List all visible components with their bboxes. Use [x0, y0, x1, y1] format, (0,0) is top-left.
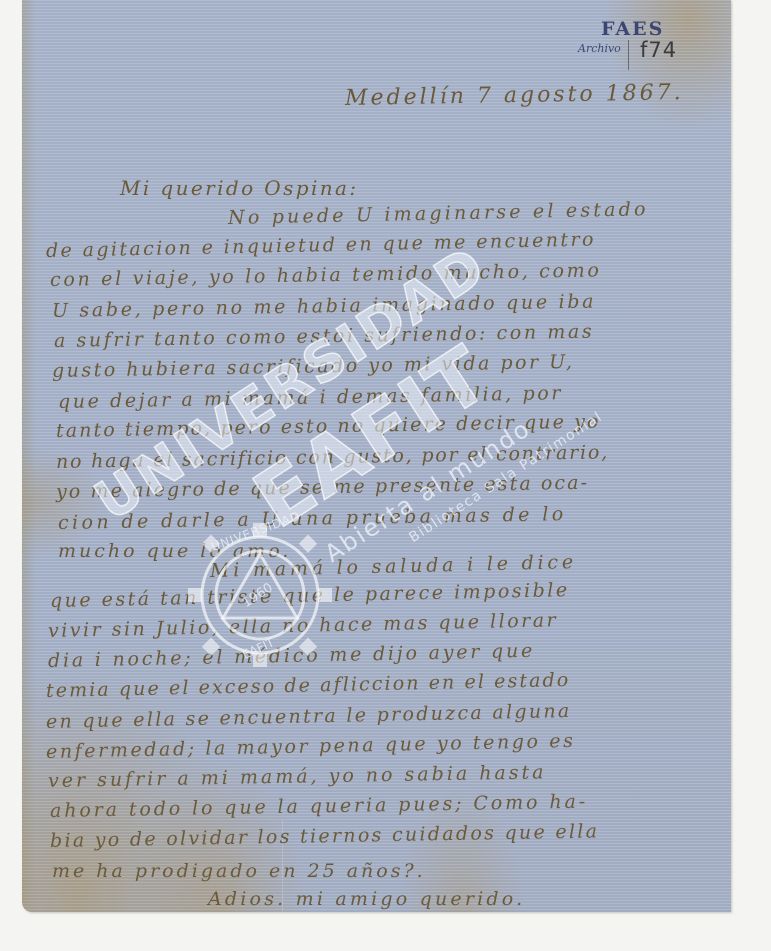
archive-stamp-archivo: Archivo	[578, 42, 621, 55]
archive-stamp-faes: FAES	[601, 18, 664, 40]
letter-closing: Adios. mi amigo querido.	[208, 888, 525, 910]
folio-divider	[628, 40, 629, 70]
letter-line: me ha prodigado en 25 años?.	[52, 860, 426, 882]
scanned-document: FAES Archivo f74 Medellín 7 agosto 1867.…	[0, 0, 771, 951]
folio-number: f74	[640, 38, 677, 62]
letter-salutation: Mi querido Ospina:	[120, 176, 359, 200]
